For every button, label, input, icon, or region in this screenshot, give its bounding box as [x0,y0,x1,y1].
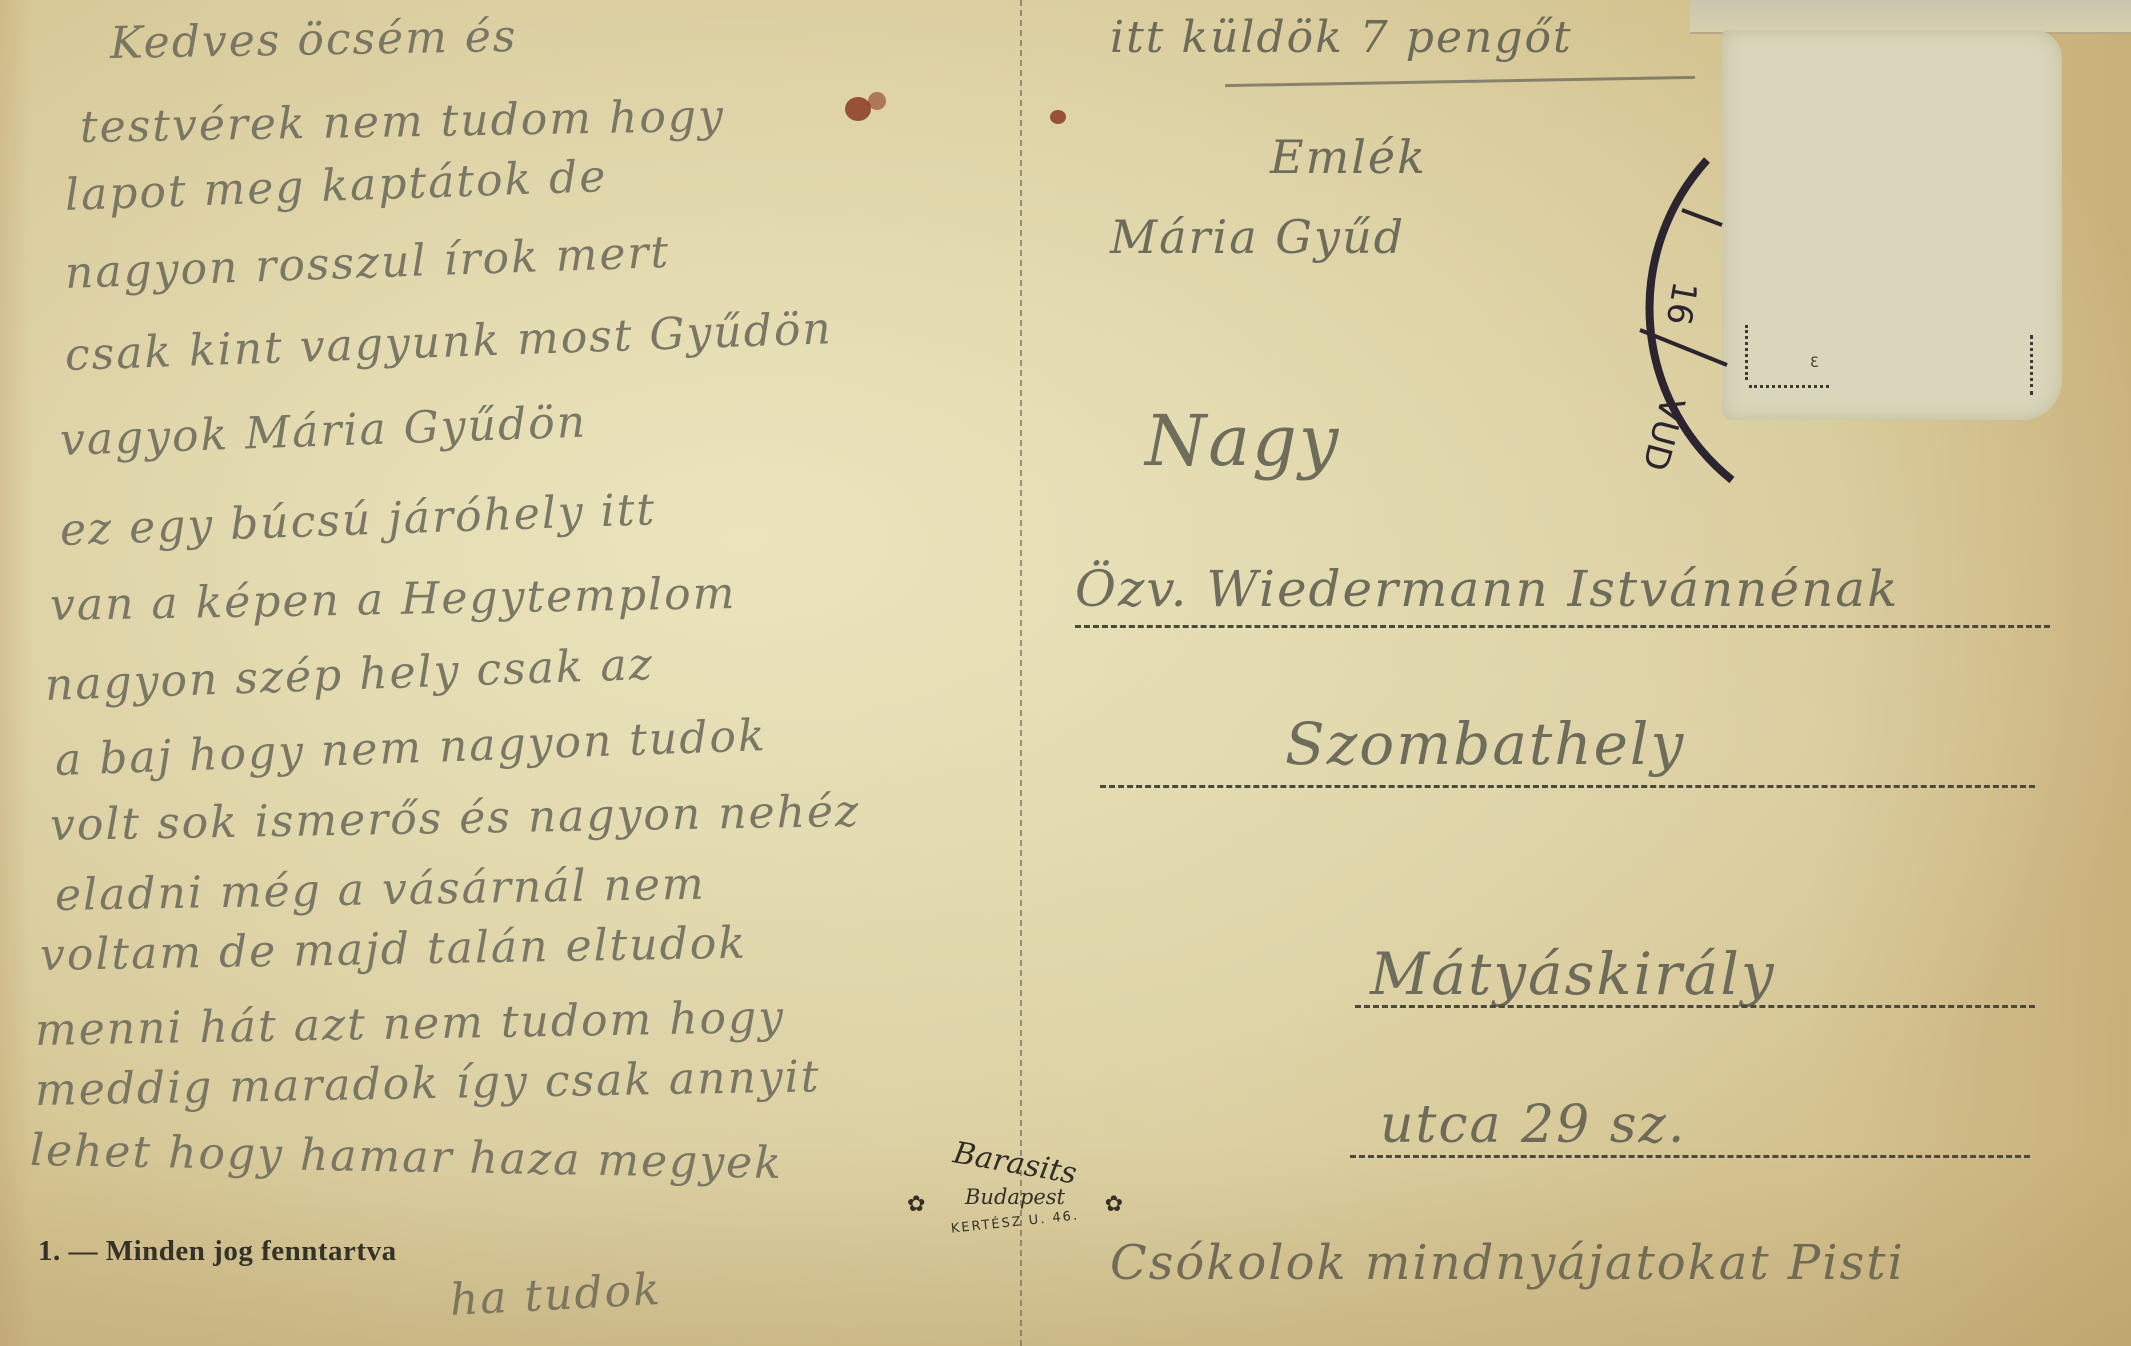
letter-line: eladni még a vásárnál nem [55,859,706,921]
svg-text:VUD: VUD [1634,393,1692,475]
postcard-back: Ɛ 16 VUD Kedves öcsém és testvérek nem t… [0,0,2131,1346]
address-line [1100,785,2035,788]
address-line [1350,1155,2030,1158]
letter-line: testvérek nem tudom hogy [80,91,726,153]
underline [1225,76,1695,87]
letter-line: nagyon szép hely csak az [44,639,655,711]
letter-line: volt sok ismerős és nagyon nehéz [50,786,861,851]
address-line [1075,625,2050,628]
torn-edge [1690,0,2131,34]
souvenir-line: Mária Gyűd [1110,210,1405,264]
postmark-icon: 16 VUD [1612,150,1972,490]
address-street: utca 29 sz. [1380,1095,1686,1155]
letter-line: vagyok Mária Gyűdön [59,397,588,466]
rosette-icon: ✿ [907,1192,925,1217]
publisher-street: KERTÉSZ U. 46. [905,1204,1125,1242]
letter-line: ez egy búcsú járóhely itt [59,484,657,556]
publisher-stamp: ✿ ✿ Barasits Budapest KERTÉSZ U. 46. [905,1140,1125,1270]
address-district: Mátyáskirály [1370,940,1776,1008]
letter-line: meddig maradok így csak annyit [35,1051,821,1116]
letter-line: ha tudok [449,1264,663,1326]
letter-line: a baj hogy nem nagyon tudok [54,710,767,786]
letter-line: lehet hogy hamar haza megyek [30,1125,784,1189]
ink-stain [868,92,886,110]
address-prefix: Nagy [1145,400,1340,482]
header-note: itt küldök 7 pengőt [1110,12,1573,63]
letter-line: menni hát azt nem tudom hogy [35,992,786,1056]
letter-line: csak kint vagyunk most Gyűdön [64,303,833,381]
letter-line: Kedves öcsém és [110,11,518,69]
letter-line: voltam de majd talán eltudok [40,918,748,981]
greeting-signature: Csókolok mindnyájatokat Pisti [1110,1235,1905,1291]
svg-text:16: 16 [1658,278,1705,328]
letter-line: nagyon rosszul írok mert [64,227,671,299]
address-city: Szombathely [1285,710,1685,778]
letter-line: van a képen a Hegytemplom [50,568,737,631]
ink-stain [1050,110,1066,124]
letter-line: lapot meg kaptátok de [64,151,608,221]
souvenir-line: Emlék [1270,130,1427,184]
address-line [1355,1005,2035,1008]
printed-caption: 1. — Minden jog fenntartva [38,1235,397,1268]
address-recipient: Özv. Wiedermann Istvánnénak [1075,560,1899,618]
